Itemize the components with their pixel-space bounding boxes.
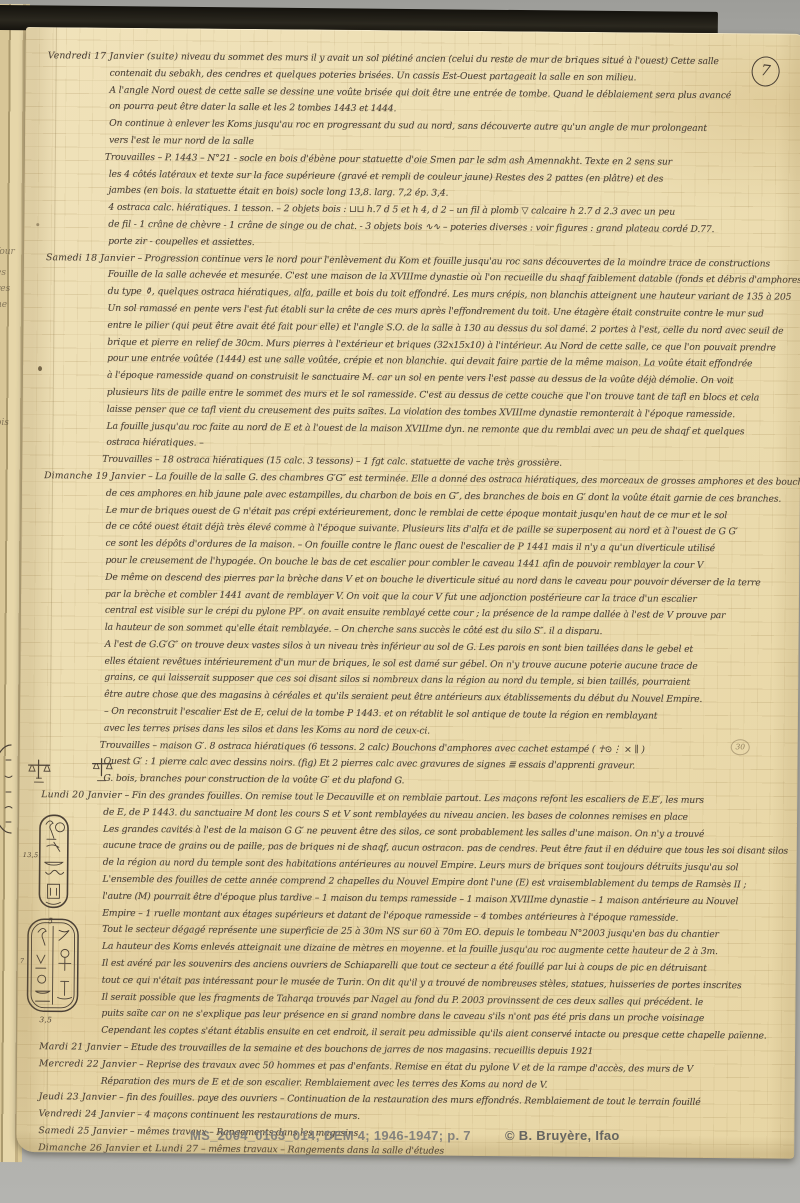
edge-text-fragment: ne [0, 300, 7, 310]
manuscript-page: 7 Vendredi 17 Janvier (suite) niveau du … [16, 27, 800, 1159]
margin-scales-sketch [25, 756, 53, 788]
ink-speck [36, 223, 39, 226]
margin-scales-sketch-2 [89, 756, 115, 786]
edge-text-fragment: es [0, 268, 6, 278]
entry-date: Mardi 21 Janvier [39, 1041, 121, 1053]
copyright-watermark: © B. Bruyère, Ifao [505, 1128, 620, 1143]
cartouche-b-label: 3,5 [39, 1015, 52, 1024]
ink-blot [38, 366, 42, 371]
entry-date: Jeudi 23 Janvier [39, 1092, 117, 1104]
edge-text-fragment: ois [0, 418, 9, 428]
entry-date: Samedi 25 Janvier [38, 1125, 127, 1137]
edge-text-fragment: res [0, 284, 10, 294]
entry-date: Mercredi 22 Janvier [39, 1058, 136, 1070]
entry-date: Vendredi 17 Janvier (suite) [48, 50, 179, 62]
margin-cartouche-sketch-a [36, 812, 71, 914]
margin-cartouche-sketch-b [25, 917, 80, 1015]
circled-margin-note: 30 [731, 739, 750, 755]
entry-date: Dimanche 26 Janvier et Lundi 27 [38, 1142, 198, 1154]
entry-date: Samedi 18 Janvier [46, 252, 135, 264]
cartouche-a-side-label: 13,5 [23, 851, 39, 859]
manuscript: Vendredi 17 Janvier (suite) niveau du so… [100, 49, 800, 1159]
cartouche-b-side-label: 7 [20, 957, 25, 965]
archive-watermark: MS_2004_0163_014; DEM 4; 1946-1947; p. 7 [190, 1128, 471, 1143]
entry-date: Vendredi 24 Janvier [38, 1108, 134, 1120]
margin-partial-cartouche-sketch [0, 742, 14, 837]
edge-text-fragment: four [0, 247, 15, 257]
entry-date: Dimanche 19 Janvier [44, 470, 145, 482]
entry-date: Lundi 20 Janvier [41, 789, 122, 801]
